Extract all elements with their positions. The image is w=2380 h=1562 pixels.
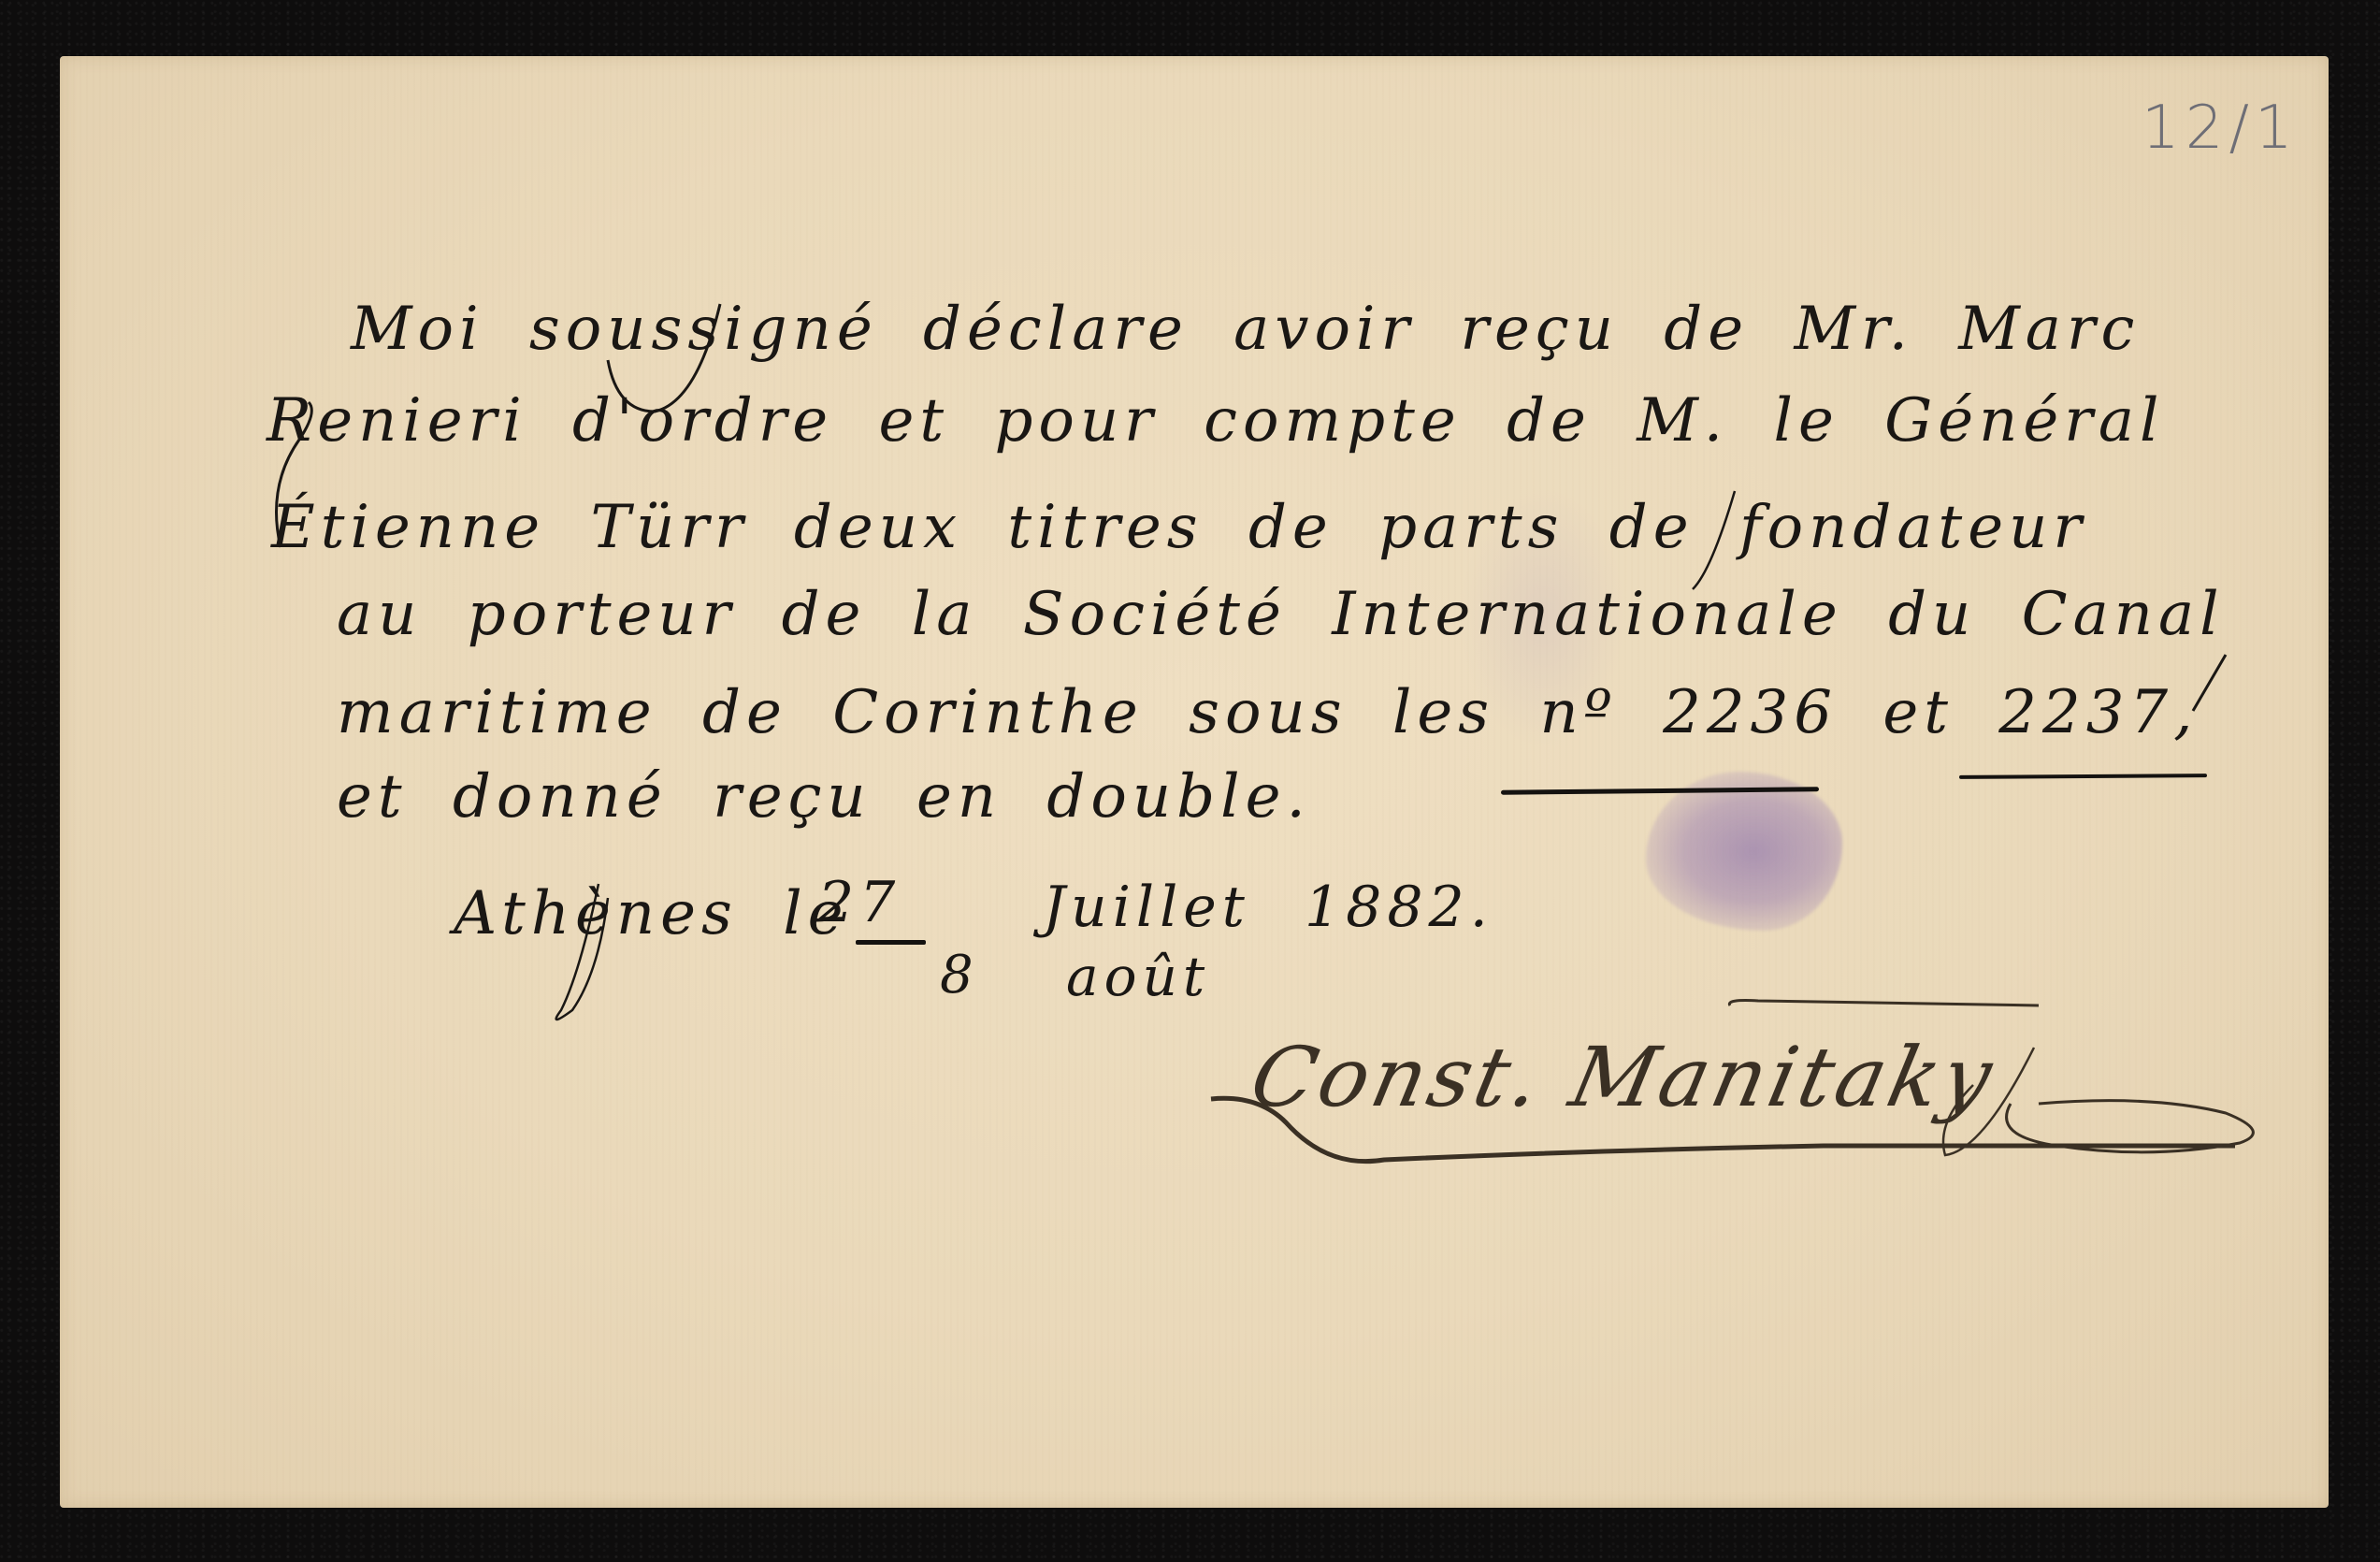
catalog-number: 12/1 [2142,94,2299,163]
date-year: 1882. [1305,875,1493,940]
signature: Const. Manitaky [1243,1029,2004,1125]
date-day-old-style: 27 [818,870,901,935]
body-line-4: au porteur de la Société Internationale … [337,585,2225,644]
date-month-new-style: août [1066,945,1210,1008]
body-line-1: Moi soussigné déclare avoir reçu de Mr. … [351,299,2140,359]
date-place: Athènes le [454,879,849,948]
date-month-old-style: Juillet [1043,875,1250,940]
body-line-3: Étienne Türr deux titres de parts de fon… [271,498,2087,557]
date-fraction-bar [856,940,926,945]
body-line-2: Renieri d'ordre et pour compte de M. le … [267,391,2164,451]
body-line-6: et donné reçu en double. [337,767,1311,827]
purple-ink-stain [1646,772,1842,931]
date-day-new-style: 8 [940,945,979,1005]
body-line-5: maritime de Corinthe sous les nº 2236 et… [337,683,2198,743]
